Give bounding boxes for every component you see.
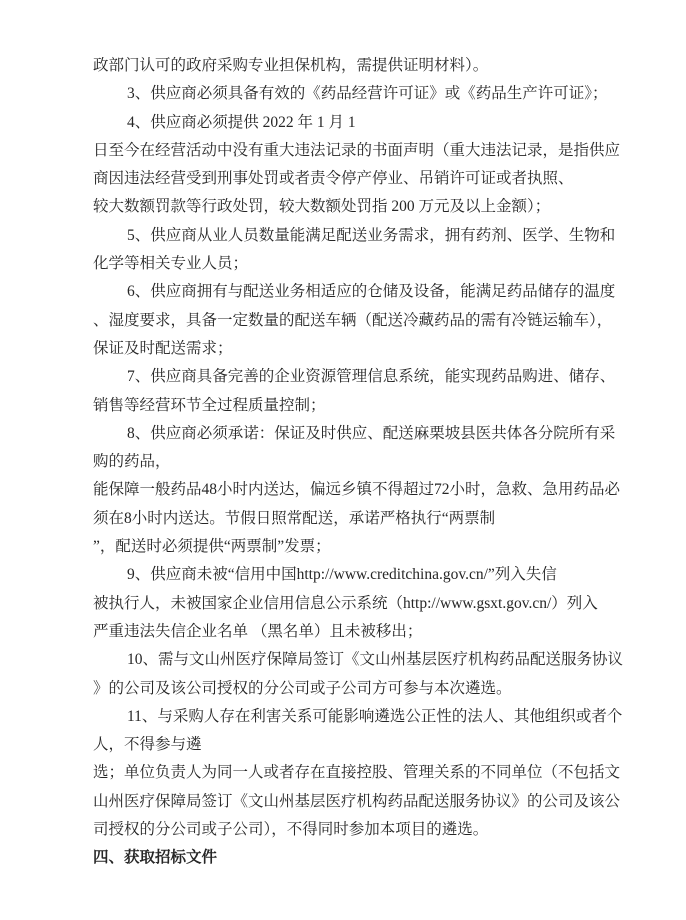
text-line: 5、供应商从业人员数量能满足配送业务需求，拥有药剂、医学、生物和 — [93, 222, 599, 250]
text-line: 8、供应商必须承诺：保证及时供应、配送麻栗坡县医共体各分院所有采 — [93, 420, 599, 448]
text-line: 9、供应商未被“信用中国http://www.creditchina.gov.c… — [93, 561, 599, 589]
text-line: 6、供应商拥有与配送业务相适应的仓储及设备，能满足药品储存的温度 — [93, 278, 599, 306]
text-line: 司授权的分公司或子公司），不得同时参加本项目的遴选。 — [93, 816, 599, 844]
text-line: 日至今在经营活动中没有重大违法记录的书面声明（重大违法记录，是指供应 — [93, 137, 599, 165]
text-line: 山州医疗保障局签订《文山州基层医疗机构药品配送服务协议》的公司及该公 — [93, 788, 599, 816]
text-line: 3、供应商必须具备有效的《药品经营许可证》或《药品生产许可证》； — [93, 80, 599, 108]
text-line: 7、供应商具备完善的企业资源管理信息系统，能实现药品购进、储存、 — [93, 363, 599, 391]
text-line: 被执行人，未被国家企业信用信息公示系统（http://www.gsxt.gov.… — [93, 590, 599, 618]
text-line: 10、需与文山州医疗保障局签订《文山州基层医疗机构药品配送服务协议 — [93, 646, 599, 674]
text-line: 较大数额罚款等行政处罚，较大数额处罚指 200 万元及以上金额）； — [93, 193, 599, 221]
section-heading: 四、获取招标文件 — [93, 844, 599, 872]
text-line: 保证及时配送需求； — [93, 335, 599, 363]
text-line: 化学等相关专业人员； — [93, 250, 599, 278]
document-page: 政部门认可的政府采购专业担保机构，需提供证明材料）。3、供应商必须具备有效的《药… — [0, 0, 686, 920]
text-line: ”，配送时必须提供“两票制”发票； — [93, 533, 599, 561]
text-line: 选；单位负责人为同一人或者存在直接控股、管理关系的不同单位（不包括文 — [93, 759, 599, 787]
text-line: 销售等经营环节全过程质量控制； — [93, 392, 599, 420]
text-line: 商因违法经营受到刑事处罚或者责令停产停业、吊销许可证或者执照、 — [93, 165, 599, 193]
text-line: 4、供应商必须提供 2022 年 1 月 1 — [93, 109, 599, 137]
text-line: 11、与采购人存在利害关系可能影响遴选公正性的法人、其他组织或者个 — [93, 703, 599, 731]
text-line: 、湿度要求，具备一定数量的配送车辆（配送冷藏药品的需有冷链运输车）， — [93, 307, 599, 335]
text-line: 》的公司及该公司授权的分公司或子公司方可参与本次遴选。 — [93, 675, 599, 703]
text-line: 须在8小时内送达。节假日照常配送，承诺严格执行“两票制 — [93, 505, 599, 533]
text-line: 能保障一般药品48小时内送达，偏远乡镇不得超过72小时，急救、急用药品必 — [93, 476, 599, 504]
text-line: 人，不得参与遴 — [93, 731, 599, 759]
text-line: 购的药品， — [93, 448, 599, 476]
text-line: 政部门认可的政府采购专业担保机构，需提供证明材料）。 — [93, 52, 599, 80]
document-body: 政部门认可的政府采购专业担保机构，需提供证明材料）。3、供应商必须具备有效的《药… — [93, 52, 599, 873]
text-line: 严重违法失信企业名单 （黑名单）且未被移出； — [93, 618, 599, 646]
